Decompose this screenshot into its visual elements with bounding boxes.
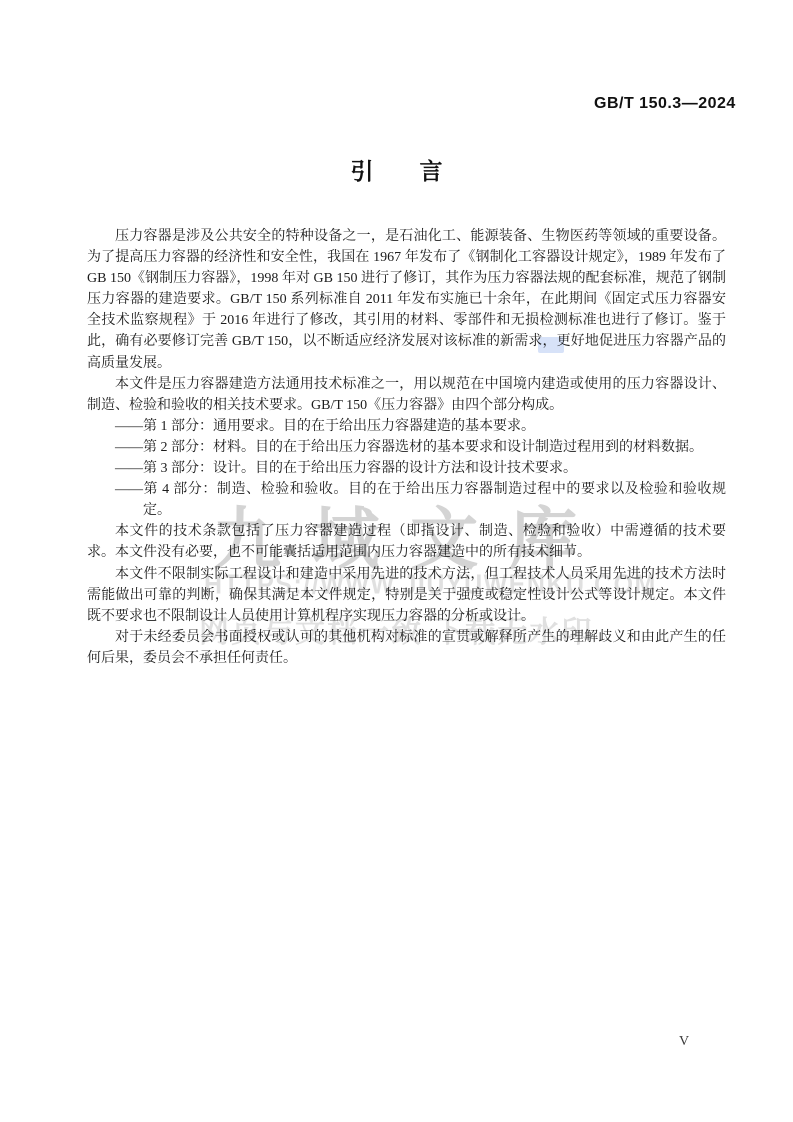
page-title: 引 言 [0, 153, 793, 186]
page-number: V [679, 1034, 689, 1050]
paragraph: 本文件不限制实际工程设计和建造中采用先进的技术方法，但工程技术人员采用先进的技术… [87, 564, 726, 627]
paragraph: 本文件的技术条款包括了压力容器建造过程（即指设计、制造、检验和验收）中需遵循的技… [87, 521, 726, 563]
list-item-part-4: ——第 4 部分：制造、检验和验收。目的在于给出压力容器制造过程中的要求以及检验… [87, 479, 726, 521]
list-item-part-2: ——第 2 部分：材料。目的在于给出压力容器选材的基本要求和设计制造过程用到的材… [87, 437, 726, 458]
list-item-part-3: ——第 3 部分：设计。目的在于给出压力容器的设计方法和设计技术要求。 [87, 458, 726, 479]
list-item-part-1: ——第 1 部分：通用要求。目的在于给出压力容器建造的基本要求。 [87, 416, 726, 437]
document-page: 九域文库 HTTPS://WWW.JIUYUWENKU.COM 网页与文档一致 … [0, 0, 793, 1122]
paragraph: 压力容器是涉及公共安全的特种设备之一，是石油化工、能源装备、生物医药等领域的重要… [87, 226, 726, 374]
paragraph: 本文件是压力容器建造方法通用技术标准之一，用以规范在中国境内建造或使用的压力容器… [87, 374, 726, 416]
document-body: 压力容器是涉及公共安全的特种设备之一，是石油化工、能源装备、生物医药等领域的重要… [87, 226, 726, 669]
paragraph: 对于未经委员会书面授权或认可的其他机构对标准的宣贯或解释所产生的理解歧义和由此产… [87, 627, 726, 669]
standard-number-header: GB/T 150.3—2024 [594, 95, 736, 113]
